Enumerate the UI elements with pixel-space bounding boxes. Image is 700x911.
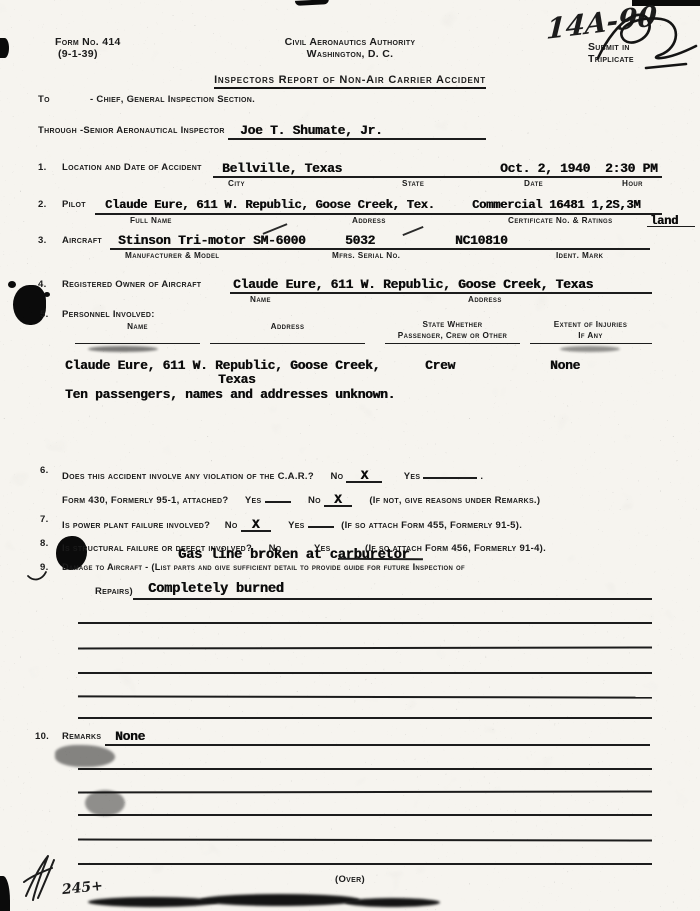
item7-no-x-mark: X (252, 517, 260, 532)
item7-question: Is power plant failure involved? (62, 520, 210, 531)
date-sublabel: Date (524, 179, 543, 188)
blank-line (78, 604, 652, 624)
personnel-header-rule (75, 330, 200, 344)
item7-yes-answer-line (308, 514, 334, 528)
personnel-row-injuries: None (550, 358, 580, 373)
to-value: - Chief, General Inspection Section. (90, 94, 255, 105)
blank-line (78, 750, 652, 770)
personnel-passengers-note: Ten passengers, names and addresses unkn… (65, 387, 395, 402)
item2-number: 2. (38, 199, 47, 210)
item9-label-line2: Repairs) (95, 586, 133, 597)
manufacturer-sublabel: Manufacturer & Model (125, 251, 219, 260)
bottom-edge-smudge (88, 897, 218, 907)
item6-form430-no-label: No (308, 495, 321, 506)
scan-artifact-left-margin (0, 38, 9, 58)
personnel-header-rule (210, 330, 365, 344)
full-name-sublabel: Full Name (130, 216, 172, 225)
ident-mark-sublabel: Ident. Mark (556, 251, 603, 260)
item6-yes-answer-line (423, 465, 477, 479)
item10-number: 10. (35, 731, 49, 742)
remarks-underline (105, 726, 650, 746)
item10-label: Remarks (62, 731, 101, 742)
pen-squiggle (26, 562, 56, 582)
item8-number: 8. (40, 538, 49, 549)
item2-label: Pilot (62, 199, 86, 210)
ink-splatter-dot (44, 292, 50, 297)
item1-label: Location and Date of Accident (62, 162, 202, 173)
blank-line (78, 796, 652, 816)
bottom-edge-smudge (345, 898, 440, 907)
item3-number: 3. (38, 235, 47, 246)
blank-line (78, 772, 652, 793)
item6-form430-row: Form 430, Formerly 95-1, attached? Yes N… (62, 489, 540, 508)
personnel-row-name: Claude Eure, 611 W. Republic, Goose Cree… (65, 358, 380, 373)
certificate-sublabel: Certificate No. & Ratings (508, 216, 613, 225)
blank-line (78, 820, 652, 841)
item6-question-row: Does this accident involve any violation… (62, 465, 483, 484)
agency-name: Civil Aeronautics Authority (200, 36, 500, 48)
item7-note: (If so attach Form 455, Formerly 91-5). (341, 520, 522, 531)
bottom-edge-smudge (200, 894, 360, 906)
blank-line (78, 699, 652, 719)
handwritten-page-note: 245+ (61, 878, 103, 898)
personnel-header-rule (530, 330, 652, 344)
item2-underline (95, 195, 662, 215)
personnel-injuries-header-line1: Extent of Injuries (528, 320, 653, 329)
item7-question-row: Is power plant failure involved? NoX Yes… (62, 514, 522, 533)
item6-form430-yes-line (265, 489, 291, 503)
inspector-initials-signature (588, 4, 700, 76)
item7-no-label: No (225, 520, 238, 531)
item4-label: Registered Owner of Aircraft (62, 279, 201, 290)
city-sublabel: City (228, 179, 245, 188)
item9-label-line1: Damage to Aircraft - (List parts and giv… (62, 562, 465, 572)
item6-period: . (480, 471, 483, 482)
item3-underline (110, 230, 650, 250)
item6-form430-note: (If not, give reasons under Remarks.) (369, 495, 540, 506)
erased-pencil-smudge (88, 346, 158, 352)
agency-city: Washington, D. C. (200, 48, 500, 60)
blank-line (78, 845, 652, 865)
scanned-accident-report-form: Form No. 414 (9-1-39) Civil Aeronautics … (0, 0, 700, 911)
item6-form430-question: Form 430, Formerly 95-1, attached? (62, 495, 228, 506)
serial-sublabel: Mfrs. Serial No. (332, 251, 400, 260)
item3-label: Aircraft (62, 235, 102, 246)
blank-line (78, 654, 652, 674)
form-number: Form No. 414 (55, 36, 121, 48)
over-label: (Over) (250, 874, 450, 885)
to-label: To (38, 94, 50, 105)
item7-number: 7. (40, 514, 49, 525)
item7-no-answer-line: X (241, 518, 271, 532)
ink-splatter-dot (8, 281, 16, 288)
item6-no-answer-line: X (346, 469, 382, 483)
through-underline (228, 120, 486, 140)
item6-question: Does this accident involve any violation… (62, 471, 314, 482)
item6-form430-no-line: X (324, 493, 352, 507)
ratings-note-underline (647, 212, 695, 227)
owner-name-sublabel: Name (250, 295, 271, 304)
erased-pencil-smudge (560, 346, 620, 352)
item6-yes-label: Yes (404, 471, 421, 482)
item5-number: 5. (40, 309, 49, 320)
form-title: Inspectors Report of Non-Air Carrier Acc… (214, 74, 486, 89)
item6-no-label: No (330, 471, 343, 482)
item5-label: Personnel Involved: (62, 309, 155, 320)
blank-line (78, 628, 652, 649)
hour-sublabel: Hour (622, 179, 643, 188)
item6-form430-yes-label: Yes (245, 495, 262, 506)
scan-artifact-top (295, 0, 329, 6)
pilot-address-sublabel: Address (352, 216, 386, 225)
item8-yes-answer-line (338, 545, 423, 561)
form-revision-date: (9-1-39) (58, 48, 98, 60)
corner-shadow (0, 876, 10, 911)
item1-number: 1. (38, 162, 47, 173)
item7-yes-label: Yes (288, 520, 305, 531)
personnel-header-rule (385, 330, 520, 344)
item6-number: 6. (40, 465, 49, 476)
owner-address-sublabel: Address (468, 295, 502, 304)
blank-line (78, 677, 652, 698)
state-sublabel: State (402, 179, 424, 188)
through-label: Through -Senior Aeronautical Inspector (38, 125, 225, 136)
personnel-row-status: Crew (425, 358, 455, 373)
personnel-row-name-continued: Texas (218, 372, 256, 387)
personnel-status-header-line1: State Whether (385, 320, 520, 329)
item4-underline (230, 274, 652, 294)
item6-form430-no-x-mark: X (334, 492, 342, 507)
item1-underline (213, 158, 662, 178)
item9-answer-underline (133, 580, 652, 600)
item6-no-x-mark: X (360, 468, 368, 483)
handwritten-scribble (18, 852, 62, 904)
